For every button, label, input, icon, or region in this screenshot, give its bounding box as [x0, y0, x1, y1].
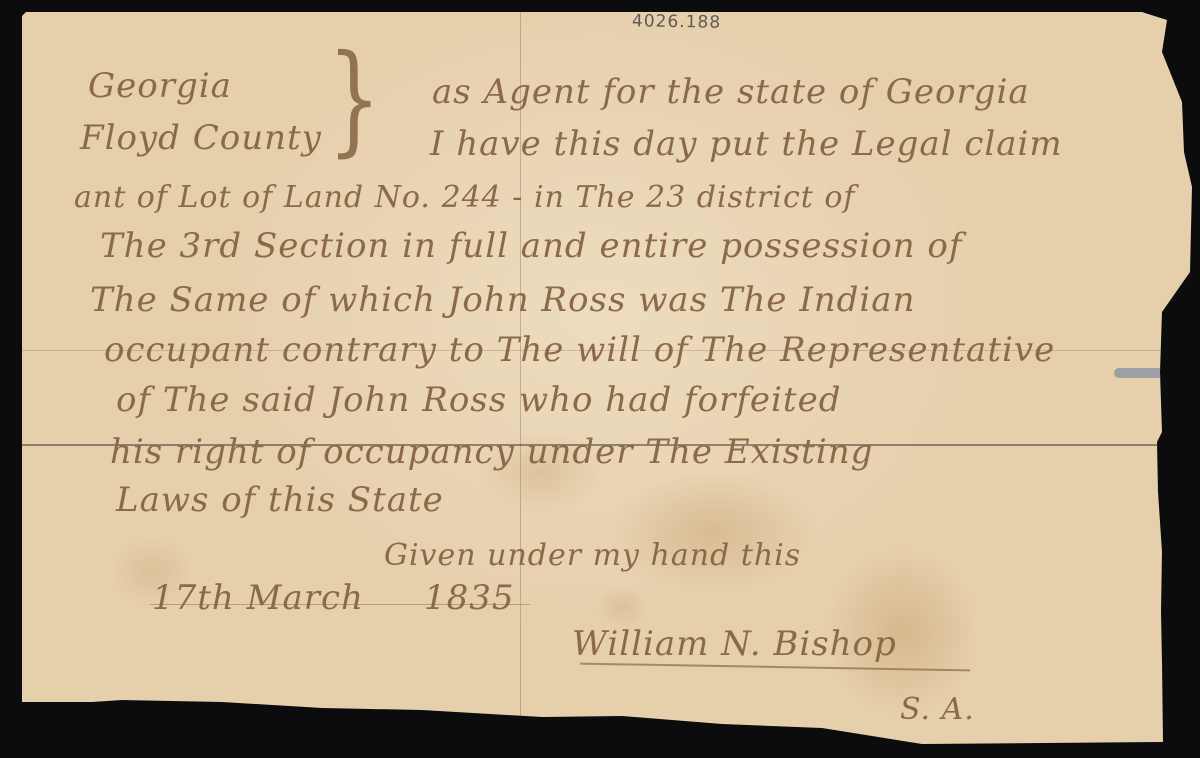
- document-viewer: 4026.188 Georgia Floyd County } as Agent…: [0, 0, 1200, 758]
- heading-county: Floyd County: [80, 118, 322, 158]
- text-line-4: The 3rd Section in full and entire posse…: [100, 226, 962, 266]
- heading-state: Georgia: [88, 66, 232, 106]
- text-line-9: Laws of this State: [116, 480, 444, 520]
- date-underline: [150, 604, 530, 605]
- date-year: 1835: [424, 578, 515, 618]
- text-line-1: as Agent for the state of Georgia: [432, 72, 1030, 112]
- signature-title: S. A.: [900, 692, 975, 727]
- text-line-7: of The said John Ross who had forfeited: [116, 380, 841, 420]
- text-line-2: I have this day put the Legal claim: [430, 124, 1063, 164]
- text-line-8: his right of occupancy under The Existin…: [110, 432, 873, 472]
- date-day-month: 17th March: [152, 578, 364, 618]
- text-line-5: The Same of which John Ross was The Indi…: [90, 280, 915, 320]
- closing-line: Given under my hand this: [384, 538, 801, 573]
- text-line-3: ant of Lot of Land No. 244 - in The 23 d…: [74, 180, 856, 215]
- brace-glyph: }: [327, 40, 380, 160]
- paper-tear-mark: [1114, 368, 1174, 378]
- catalog-number: 4026.188: [632, 11, 721, 33]
- text-line-6: occupant contrary to The will of The Rep…: [104, 330, 1055, 370]
- signature-name: William N. Bishop: [572, 624, 897, 664]
